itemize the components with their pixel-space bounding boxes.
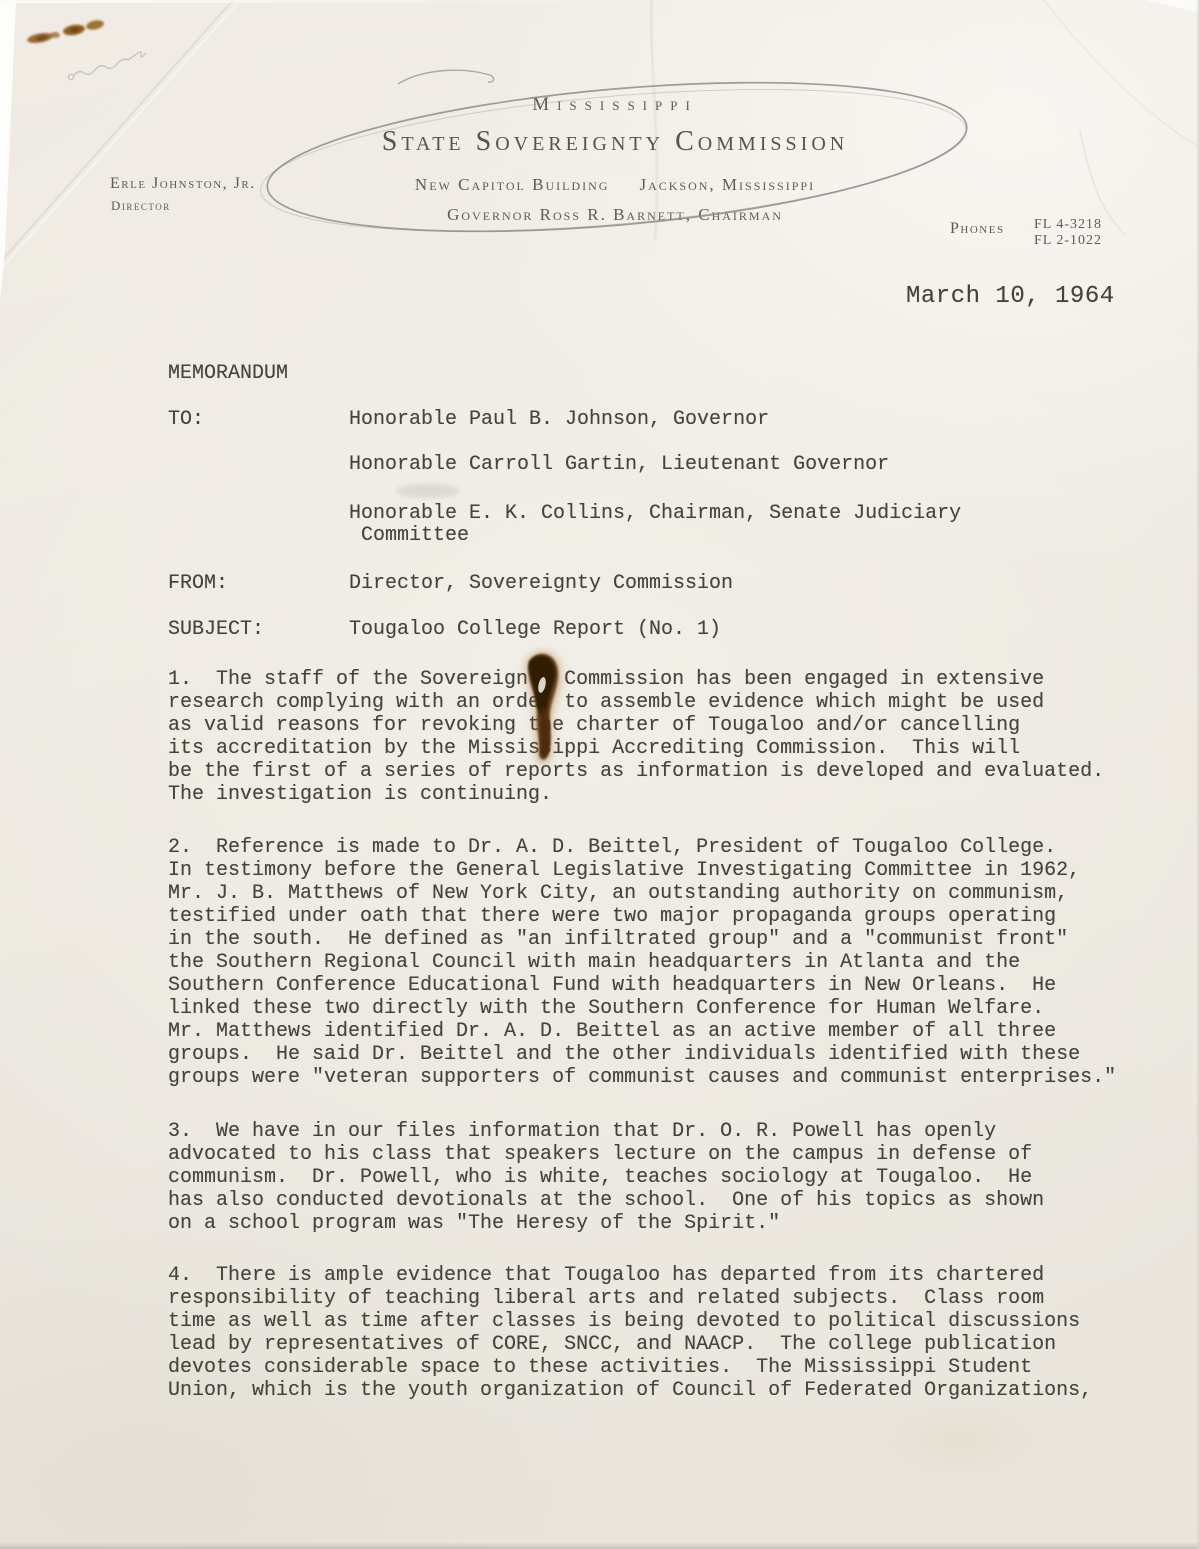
phone-number-1: FL 4-3218 xyxy=(1034,218,1102,232)
paragraph-1: 1. The staff of the Sovereignty Commissi… xyxy=(168,668,1104,806)
memo-title: MEMORANDUM xyxy=(168,364,288,384)
subject-value: Tougaloo College Report (No. 1) xyxy=(349,620,721,640)
ink-smudge xyxy=(396,484,460,498)
page-edge-bottom-shadow xyxy=(0,1542,1200,1549)
to-label: TO: xyxy=(168,410,204,430)
letterhead-address: New Capitol BuildingJackson, Mississippi xyxy=(15,176,1200,193)
date-line: March 10, 1964 xyxy=(906,285,1115,309)
pencil-stray-stroke xyxy=(398,70,494,84)
recipient-judiciary-chairman: Honorable E. K. Collins, Chairman, Senat… xyxy=(349,504,961,524)
chairman-line: Governor Ross R. Barnett, Chairman xyxy=(15,206,1200,223)
recipient-committee-continuation: Committee xyxy=(361,526,469,546)
memo-document: Mississippi State Sovereignty Commission… xyxy=(0,0,1200,1549)
address-city: Jackson, Mississippi xyxy=(639,175,815,194)
paragraph-2: 2. Reference is made to Dr. A. D. Beitte… xyxy=(168,836,1116,1089)
address-building: New Capitol Building xyxy=(415,175,610,194)
recipient-governor: Honorable Paul B. Johnson, Governor xyxy=(349,410,769,430)
page-edge-top xyxy=(0,0,640,3)
from-label: FROM: xyxy=(168,574,228,594)
page-edge-top-right xyxy=(1145,0,1200,13)
from-value: Director, Sovereignty Commission xyxy=(349,574,733,594)
subject-label: SUBJECT: xyxy=(168,620,264,640)
paragraph-4: 4. There is ample evidence that Tougaloo… xyxy=(168,1264,1092,1402)
pencil-ellipse-annotation xyxy=(254,59,972,256)
phone-number-2: FL 2-1022 xyxy=(1034,234,1102,248)
pencil-scribble xyxy=(68,52,146,80)
letterhead-state: Mississippi xyxy=(15,95,1200,114)
paragraph-3: 3. We have in our files information that… xyxy=(168,1120,1044,1235)
rust-stain-marks xyxy=(26,19,104,45)
letterhead-organization: State Sovereignty Commission xyxy=(15,128,1200,156)
phones-label: Phones xyxy=(950,221,1005,237)
recipient-lt-governor: Honorable Carroll Gartin, Lieutenant Gov… xyxy=(349,455,889,475)
page-edge-right-shadow xyxy=(1196,0,1200,1549)
